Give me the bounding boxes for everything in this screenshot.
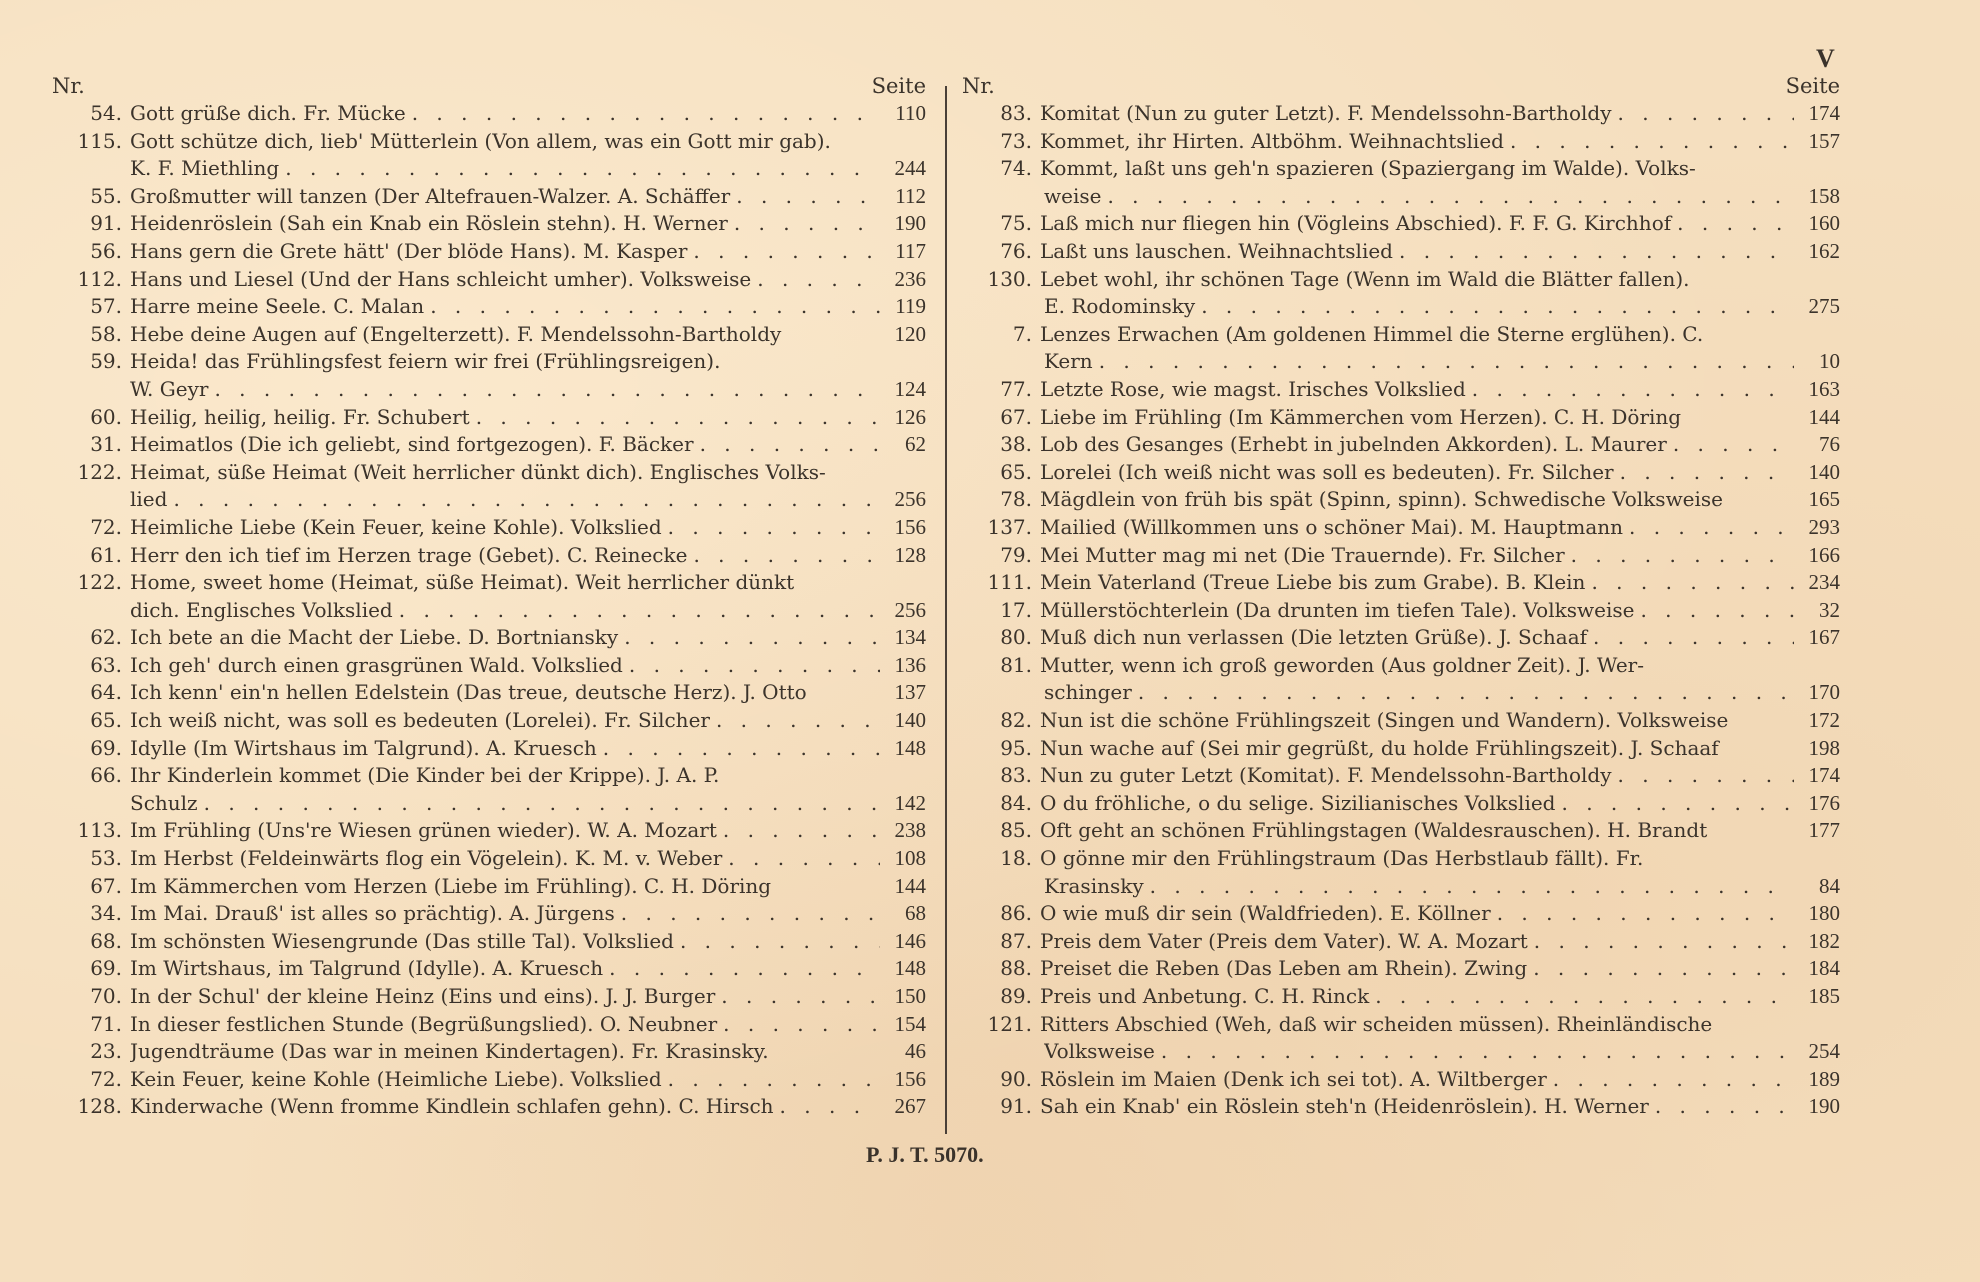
entry-page: 146 [880, 928, 926, 956]
column-divider [945, 86, 947, 1134]
index-entry: 80.Muß dich nun verlassen (Die letzten G… [962, 624, 1840, 652]
index-entry: 23.Jugendträume (Das war in meinen Kinde… [52, 1038, 926, 1066]
entry-page: 148 [880, 735, 926, 763]
entry-number: 61. [52, 542, 130, 570]
entry-title: Im Wirtshaus, im Talgrund (Idylle). A. K… [130, 955, 603, 983]
leader-dots [621, 900, 880, 928]
entry-title: Laßt uns lauschen. Weihnachtslied [1040, 238, 1393, 266]
entry-line: 73.Kommet, ihr Hirten. Altböhm. Weihnach… [962, 128, 1840, 156]
entry-title: Lebet wohl, ihr schönen Tage (Wenn im Wa… [1040, 266, 1689, 294]
leader-dots [723, 1011, 880, 1039]
index-entry: 75.Laß mich nur fliegen hin (Vögleins Ab… [962, 210, 1840, 238]
entry-page: 120 [880, 321, 926, 349]
index-entry: 89.Preis und Anbetung. C. H. Rinck185 [962, 983, 1840, 1011]
entry-title: Mein Vaterland (Treue Liebe bis zum Grab… [1040, 569, 1585, 597]
entry-line: 54.Gott grüße dich. Fr. Mücke110 [52, 100, 926, 128]
entry-line: 122.Home, sweet home (Heimat, süße Heima… [52, 569, 926, 597]
entry-line: 113.Im Frühling (Uns're Wiesen grünen wi… [52, 817, 926, 845]
entry-page: 158 [1794, 183, 1840, 211]
index-entry: 95.Nun wache auf (Sei mir gegrüßt, du ho… [962, 735, 1840, 763]
index-entry: 68.Im schönsten Wiesengrunde (Das stille… [52, 928, 926, 956]
entry-title: Gott grüße dich. Fr. Mücke [130, 100, 406, 128]
index-entry: 55.Großmutter will tanzen (Der Altefraue… [52, 183, 926, 211]
entry-page: 160 [1794, 210, 1840, 238]
index-entry: 74.Kommt, laßt uns geh'n spazieren (Spaz… [962, 155, 1840, 210]
leader-dots [285, 155, 880, 183]
entry-number: 31. [52, 431, 130, 459]
index-entry: 71.In dieser festlichen Stunde (Begrüßun… [52, 1011, 926, 1039]
leader-dots [430, 293, 880, 321]
entry-title: Lenzes Erwachen (Am goldenen Himmel die … [1040, 321, 1703, 349]
index-entry: 76.Laßt uns lauschen. Weihnachtslied162 [962, 238, 1840, 266]
entry-number: 17. [962, 597, 1040, 625]
entry-title: In dieser festlichen Stunde (Begrüßungsl… [130, 1011, 717, 1039]
entry-page: 136 [880, 652, 926, 680]
entry-number: 111. [962, 569, 1040, 597]
entry-line: 87.Preis dem Vater (Preis dem Vater). W.… [962, 928, 1840, 956]
entry-number: 90. [962, 1066, 1040, 1094]
entry-line: 77.Letzte Rose, wie magst. Irisches Volk… [962, 376, 1840, 404]
leader-dots [1150, 873, 1794, 901]
entry-page: 198 [1794, 735, 1840, 763]
entry-number: 69. [52, 735, 130, 763]
index-entry: 91.Sah ein Knab' ein Röslein steh'n (Hei… [962, 1093, 1840, 1121]
entry-line: 83.Komitat (Nun zu guter Letzt). F. Mend… [962, 100, 1840, 128]
entry-line: 63.Ich geh' durch einen grasgrünen Wald.… [52, 652, 926, 680]
header-nr: Nr. [52, 72, 85, 100]
entry-number: 72. [52, 514, 130, 542]
entry-number: 88. [962, 955, 1040, 983]
entry-page: 142 [880, 790, 926, 818]
leader-dots [1553, 1066, 1794, 1094]
index-entry: 65.Lorelei (Ich weiß nicht was soll es b… [962, 459, 1840, 487]
entry-line: 130.Lebet wohl, ihr schönen Tage (Wenn i… [962, 266, 1840, 294]
index-entry: 83.Nun zu guter Letzt (Komitat). F. Mend… [962, 762, 1840, 790]
leader-dots [1591, 569, 1794, 597]
entry-number: 74. [962, 155, 1040, 183]
entry-page: 32 [1794, 597, 1840, 625]
entry-title: Idylle (Im Wirtshaus im Talgrund). A. Kr… [130, 735, 597, 763]
entry-line: 62.Ich bete an die Macht der Liebe. D. B… [52, 624, 926, 652]
entry-title: Kein Feuer, keine Kohle (Heimliche Liebe… [130, 1066, 662, 1094]
index-entry: 113.Im Frühling (Uns're Wiesen grünen wi… [52, 817, 926, 845]
entry-title: Kommt, laßt uns geh'n spazieren (Spazier… [1040, 155, 1696, 183]
entry-number: 84. [962, 790, 1040, 818]
entry-title: Im Herbst (Feldeinwärts flog ein Vögelei… [130, 845, 722, 873]
index-entry: 58.Hebe deine Augen auf (Engelterzett). … [52, 321, 926, 349]
entry-number: 122. [52, 569, 130, 597]
index-entry: 64.Ich kenn' ein'n hellen Edelstein (Das… [52, 679, 926, 707]
entry-number: 34. [52, 900, 130, 928]
entry-title: Volksweise [1044, 1038, 1155, 1066]
entry-page: 62 [880, 431, 926, 459]
entry-line: 72.Kein Feuer, keine Kohle (Heimliche Li… [52, 1066, 926, 1094]
entry-page: 234 [1794, 569, 1840, 597]
entry-line: 84.O du fröhliche, o du selige. Sizilian… [962, 790, 1840, 818]
leader-dots [734, 210, 880, 238]
leader-dots [1161, 1038, 1794, 1066]
entry-line: K. F. Miethling244 [52, 155, 926, 183]
entry-number: 66. [52, 762, 130, 790]
entry-page: 76 [1794, 431, 1840, 459]
index-entry: 31.Heimatlos (Die ich geliebt, sind fort… [52, 431, 926, 459]
entry-title: Kommet, ihr Hirten. Altböhm. Weihnachtsl… [1040, 128, 1504, 156]
entry-number: 54. [52, 100, 130, 128]
entry-title: Muß dich nun verlassen (Die letzten Grüß… [1040, 624, 1587, 652]
entry-number: 87. [962, 928, 1040, 956]
index-entry: 81.Mutter, wenn ich groß geworden (Aus g… [962, 652, 1840, 707]
entry-title: Preis dem Vater (Preis dem Vater). W. A.… [1040, 928, 1528, 956]
entry-number: 80. [962, 624, 1040, 652]
index-entry: 72.Heimliche Liebe (Kein Feuer, keine Ko… [52, 514, 926, 542]
entry-number: 82. [962, 707, 1040, 735]
entry-title: Heilig, heilig, heilig. Fr. Schubert [130, 404, 470, 432]
index-entry: 121.Ritters Abschied (Weh, daß wir schei… [962, 1011, 1840, 1066]
entry-page: 177 [1794, 817, 1840, 845]
leader-dots [716, 707, 880, 735]
leader-dots [721, 983, 880, 1011]
leader-dots [1655, 1093, 1794, 1121]
entry-title: Home, sweet home (Heimat, süße Heimat). … [130, 569, 794, 597]
leader-dots [1099, 348, 1794, 376]
column-header: Nr. Seite [52, 72, 926, 100]
index-entry: 90.Röslein im Maien (Denk ich sei tot). … [962, 1066, 1840, 1094]
entry-title: Im Frühling (Uns're Wiesen grünen wieder… [130, 817, 717, 845]
index-entry: 69.Im Wirtshaus, im Talgrund (Idylle). A… [52, 955, 926, 983]
leader-dots [1677, 210, 1794, 238]
entry-number: 130. [962, 266, 1040, 294]
leader-dots [624, 624, 880, 652]
entry-page: 165 [1794, 486, 1840, 514]
entry-title: Laß mich nur fliegen hin (Vögleins Absch… [1040, 210, 1671, 238]
entry-number: 53. [52, 845, 130, 873]
leader-dots [603, 735, 880, 763]
entry-line: 7.Lenzes Erwachen (Am goldenen Himmel di… [962, 321, 1840, 349]
entry-title: Heida! das Frühlingsfest feiern wir frei… [130, 348, 720, 376]
entry-number: 70. [52, 983, 130, 1011]
entry-page: 256 [880, 597, 926, 625]
entry-line: 85.Oft geht an schönen Frühlingstagen (W… [962, 817, 1840, 845]
entry-line: 70.In der Schul' der kleine Heinz (Eins … [52, 983, 926, 1011]
entry-number: 7. [962, 321, 1040, 349]
entry-number: 79. [962, 542, 1040, 570]
page-number: V [1816, 44, 1835, 74]
entry-line: 91.Heidenröslein (Sah ein Knab ein Rösle… [52, 210, 926, 238]
entry-line: 67.Liebe im Frühling (Im Kämmerchen vom … [962, 404, 1840, 432]
entry-page: 275 [1794, 293, 1840, 321]
entry-title: Heidenröslein (Sah ein Knab ein Röslein … [130, 210, 728, 238]
entry-title: Im Mai. Drauß' ist alles so prächtig). A… [130, 900, 615, 928]
leader-dots [1640, 597, 1794, 625]
entry-page: 162 [1794, 238, 1840, 266]
leader-dots [1673, 431, 1794, 459]
leader-dots [693, 238, 880, 266]
entry-line: 95.Nun wache auf (Sei mir gegrüßt, du ho… [962, 735, 1840, 763]
entry-number: 38. [962, 431, 1040, 459]
entry-number: 137. [962, 514, 1040, 542]
entry-page: 140 [880, 707, 926, 735]
entry-line: 91.Sah ein Knab' ein Röslein steh'n (Hei… [962, 1093, 1840, 1121]
entry-page: 144 [1794, 404, 1840, 432]
index-entry: 34.Im Mai. Drauß' ist alles so prächtig)… [52, 900, 926, 928]
entry-page: 190 [1794, 1093, 1840, 1121]
entry-number: 91. [962, 1093, 1040, 1121]
entry-number: 113. [52, 817, 130, 845]
leader-dots [1533, 955, 1794, 983]
entry-number: 71. [52, 1011, 130, 1039]
entry-title: Preiset die Reben (Das Leben am Rhein). … [1040, 955, 1527, 983]
entry-title: Heimliche Liebe (Kein Feuer, keine Kohle… [130, 514, 662, 542]
entry-line: 76.Laßt uns lauschen. Weihnachtslied162 [962, 238, 1840, 266]
entry-title: O wie muß dir sein (Waldfrieden). E. Köl… [1040, 900, 1491, 928]
index-entry: 122.Heimat, süße Heimat (Weit herrlicher… [52, 459, 926, 514]
entry-line: 83.Nun zu guter Letzt (Komitat). F. Mend… [962, 762, 1840, 790]
leader-dots [700, 431, 880, 459]
entry-line: 111.Mein Vaterland (Treue Liebe bis zum … [962, 569, 1840, 597]
index-entry: 53.Im Herbst (Feldeinwärts flog ein Vöge… [52, 845, 926, 873]
entry-page: 124 [880, 376, 926, 404]
index-entry: 60.Heilig, heilig, heilig. Fr. Schubert1… [52, 404, 926, 432]
index-entry: 56.Hans gern die Grete hätt' (Der blöde … [52, 238, 926, 266]
entry-page: 167 [1794, 624, 1840, 652]
index-entry: 77.Letzte Rose, wie magst. Irisches Volk… [962, 376, 1840, 404]
index-entry: 18.O gönne mir den Frühlingstraum (Das H… [962, 845, 1840, 900]
entry-line: Schulz142 [52, 790, 926, 818]
entry-line: 82.Nun ist die schöne Frühlingszeit (Sin… [962, 707, 1840, 735]
entry-number: 112. [52, 266, 130, 294]
entry-page: 244 [880, 155, 926, 183]
entry-line: 55.Großmutter will tanzen (Der Altefraue… [52, 183, 926, 211]
entry-line: 60.Heilig, heilig, heilig. Fr. Schubert1… [52, 404, 926, 432]
leader-dots [609, 955, 880, 983]
entry-page: 140 [1794, 459, 1840, 487]
entry-title: E. Rodominsky [1044, 293, 1195, 321]
entry-page: 119 [880, 293, 926, 321]
entry-number: 69. [52, 955, 130, 983]
leader-dots [1571, 542, 1794, 570]
entry-title: Ihr Kinderlein kommet (Die Kinder bei de… [130, 762, 719, 790]
column-header: Nr. Seite [962, 72, 1840, 100]
entry-page: 10 [1794, 348, 1840, 376]
entry-line: Volksweise254 [962, 1038, 1840, 1066]
index-entry: 67.Im Kämmerchen vom Herzen (Liebe im Fr… [52, 873, 926, 901]
entry-title: Gott schütze dich, lieb' Mütterlein (Von… [130, 128, 831, 156]
entry-list: 54.Gott grüße dich. Fr. Mücke110115.Gott… [52, 100, 926, 1121]
entry-number: 89. [962, 983, 1040, 1011]
entry-number: 55. [52, 183, 130, 211]
entry-line: dich. Englisches Volkslied256 [52, 597, 926, 625]
index-entry: 130.Lebet wohl, ihr schönen Tage (Wenn i… [962, 266, 1840, 321]
index-entry: 84.O du fröhliche, o du selige. Sizilian… [962, 790, 1840, 818]
entry-page: 157 [1794, 128, 1840, 156]
entry-title: Harre meine Seele. C. Malan [130, 293, 424, 321]
entry-page: 163 [1794, 376, 1840, 404]
entry-title: Ich geh' durch einen grasgrünen Wald. Vo… [130, 652, 623, 680]
leader-dots [723, 817, 880, 845]
entry-line: 58.Hebe deine Augen auf (Engelterzett). … [52, 321, 926, 349]
index-entry: 73.Kommet, ihr Hirten. Altböhm. Weihnach… [962, 128, 1840, 156]
entry-title: Liebe im Frühling (Im Kämmerchen vom Her… [1040, 404, 1681, 432]
entry-number: 83. [962, 762, 1040, 790]
entry-page: 236 [880, 266, 926, 294]
entry-title: Mailied (Willkommen uns o schöner Mai). … [1040, 514, 1623, 542]
entry-line: 61.Herr den ich tief im Herzen trage (Ge… [52, 542, 926, 570]
entry-number: 64. [52, 679, 130, 707]
entry-number: 67. [962, 404, 1040, 432]
index-entry: 59.Heida! das Frühlingsfest feiern wir f… [52, 348, 926, 403]
entry-line: 67.Im Kämmerchen vom Herzen (Liebe im Fr… [52, 873, 926, 901]
entry-title: Röslein im Maien (Denk ich sei tot). A. … [1040, 1066, 1547, 1094]
entry-page: 185 [1794, 983, 1840, 1011]
entry-number: 56. [52, 238, 130, 266]
entry-line: 79.Mei Mutter mag mi net (Die Trauernde)… [962, 542, 1840, 570]
entry-line: lied256 [52, 486, 926, 514]
entry-line: 38.Lob des Gesanges (Erhebt in jubelnden… [962, 431, 1840, 459]
entry-line: 75.Laß mich nur fliegen hin (Vögleins Ab… [962, 210, 1840, 238]
entry-line: 53.Im Herbst (Feldeinwärts flog ein Vöge… [52, 845, 926, 873]
entry-line: 69.Im Wirtshaus, im Talgrund (Idylle). A… [52, 955, 926, 983]
entry-title: Ich kenn' ein'n hellen Edelstein (Das tr… [130, 679, 807, 707]
index-entry: 17.Müllerstöchterlein (Da drunten im tie… [962, 597, 1840, 625]
index-entry: 72.Kein Feuer, keine Kohle (Heimliche Li… [52, 1066, 926, 1094]
leader-dots [668, 514, 880, 542]
entry-page: 190 [880, 210, 926, 238]
entry-line: 17.Müllerstöchterlein (Da drunten im tie… [962, 597, 1840, 625]
entry-line: 137.Mailied (Willkommen uns o schöner Ma… [962, 514, 1840, 542]
index-entry: 87.Preis dem Vater (Preis dem Vater). W.… [962, 928, 1840, 956]
leader-dots [629, 652, 880, 680]
entry-title: Jugendträume (Das war in meinen Kinderta… [130, 1038, 769, 1066]
entry-line: 57.Harre meine Seele. C. Malan119 [52, 293, 926, 321]
entry-title: Preis und Anbetung. C. H. Rinck [1040, 983, 1369, 1011]
entry-number: 58. [52, 321, 130, 349]
entry-title: Im Kämmerchen vom Herzen (Liebe im Frühl… [130, 873, 771, 901]
entry-title: dich. Englisches Volkslied [130, 597, 393, 625]
entry-page: 256 [880, 486, 926, 514]
leader-dots [1618, 100, 1794, 128]
entry-title: Mutter, wenn ich groß geworden (Aus gold… [1040, 652, 1644, 680]
leader-dots [1472, 376, 1794, 404]
entry-page: 176 [1794, 790, 1840, 818]
entry-page: 117 [880, 238, 926, 266]
entry-number: 128. [52, 1093, 130, 1121]
entry-line: 69.Idylle (Im Wirtshaus im Talgrund). A.… [52, 735, 926, 763]
entry-line: 112.Hans und Liesel (Und der Hans schlei… [52, 266, 926, 294]
index-entry: 57.Harre meine Seele. C. Malan119 [52, 293, 926, 321]
leader-dots [476, 404, 880, 432]
entry-number: 77. [962, 376, 1040, 404]
index-entry: 70.In der Schul' der kleine Heinz (Eins … [52, 983, 926, 1011]
entry-number: 81. [962, 652, 1040, 680]
entry-page: 150 [880, 983, 926, 1011]
entry-page: 156 [880, 514, 926, 542]
entry-title: Letzte Rose, wie magst. Irisches Volksli… [1040, 376, 1466, 404]
entry-number: 65. [52, 707, 130, 735]
entry-page: 156 [880, 1066, 926, 1094]
entry-line: 64.Ich kenn' ein'n hellen Edelstein (Das… [52, 679, 926, 707]
leader-dots [173, 486, 880, 514]
entry-title: Krasinsky [1044, 873, 1144, 901]
entry-title: In der Schul' der kleine Heinz (Eins und… [130, 983, 715, 1011]
entry-page: 238 [880, 817, 926, 845]
entry-page: 189 [1794, 1066, 1840, 1094]
entry-page: 110 [880, 100, 926, 128]
entry-title: Ich bete an die Macht der Liebe. D. Bort… [130, 624, 618, 652]
entry-line: Krasinsky84 [962, 873, 1840, 901]
entry-page: 174 [1794, 762, 1840, 790]
entry-number: 75. [962, 210, 1040, 238]
entry-title: lied [130, 486, 167, 514]
entry-line: 65.Lorelei (Ich weiß nicht was soll es b… [962, 459, 1840, 487]
entry-title: Großmutter will tanzen (Der Altefrauen-W… [130, 183, 730, 211]
leader-dots [412, 100, 880, 128]
index-entry: 62.Ich bete an die Macht der Liebe. D. B… [52, 624, 926, 652]
entry-title: Lorelei (Ich weiß nicht was soll es bede… [1040, 459, 1614, 487]
index-entry: 112.Hans und Liesel (Und der Hans schlei… [52, 266, 926, 294]
entry-title: Hans und Liesel (Und der Hans schleicht … [130, 266, 751, 294]
entry-line: 128.Kinderwache (Wenn fromme Kindlein sc… [52, 1093, 926, 1121]
leader-dots [1534, 928, 1794, 956]
entry-line: 72.Heimliche Liebe (Kein Feuer, keine Ko… [52, 514, 926, 542]
entry-number: 62. [52, 624, 130, 652]
entry-number: 83. [962, 100, 1040, 128]
entry-title: Herr den ich tief im Herzen trage (Gebet… [130, 542, 687, 570]
entry-title: Hans gern die Grete hätt' (Der blöde Han… [130, 238, 687, 266]
entry-number: 91. [52, 210, 130, 238]
entry-title: Müllerstöchterlein (Da drunten im tiefen… [1040, 597, 1634, 625]
leader-dots [1201, 293, 1794, 321]
entry-list: 83.Komitat (Nun zu guter Letzt). F. Mend… [962, 100, 1840, 1121]
entry-title: Komitat (Nun zu guter Letzt). F. Mendels… [1040, 100, 1612, 128]
entry-number: 85. [962, 817, 1040, 845]
entry-title: O du fröhliche, o du selige. Sizilianisc… [1040, 790, 1555, 818]
entry-title: weise [1044, 183, 1101, 211]
index-entry: 78.Mägdlein von früh bis spät (Spinn, sp… [962, 486, 1840, 514]
entry-page: 293 [1794, 514, 1840, 542]
header-seite: Seite [872, 72, 926, 100]
entry-number: 57. [52, 293, 130, 321]
index-entry: 85.Oft geht an schönen Frühlingstagen (W… [962, 817, 1840, 845]
entry-page: 267 [880, 1093, 926, 1121]
entry-number: 65. [962, 459, 1040, 487]
entry-page: 112 [880, 183, 926, 211]
entry-line: 74.Kommt, laßt uns geh'n spazieren (Spaz… [962, 155, 1840, 183]
leader-dots [1620, 459, 1794, 487]
entry-title: Im schönsten Wiesengrunde (Das stille Ta… [130, 928, 674, 956]
entry-title: Lob des Gesanges (Erhebt in jubelnden Ak… [1040, 431, 1667, 459]
entry-number: 67. [52, 873, 130, 901]
entry-page: 148 [880, 955, 926, 983]
leader-dots [1138, 679, 1794, 707]
entry-number: 78. [962, 486, 1040, 514]
entry-line: E. Rodominsky275 [962, 293, 1840, 321]
leader-dots [1629, 514, 1794, 542]
entry-page: 154 [880, 1011, 926, 1039]
entry-line: 90.Röslein im Maien (Denk ich sei tot). … [962, 1066, 1840, 1094]
entry-number: 121. [962, 1011, 1040, 1039]
entry-title: Schulz [130, 790, 198, 818]
leader-dots [399, 597, 880, 625]
entry-number: 23. [52, 1038, 130, 1066]
index-entry: 65.Ich weiß nicht, was soll es bedeuten … [52, 707, 926, 735]
leader-dots [736, 183, 880, 211]
entry-title: Ich weiß nicht, was soll es bedeuten (Lo… [130, 707, 710, 735]
index-entry: 86.O wie muß dir sein (Waldfrieden). E. … [962, 900, 1840, 928]
entry-line: W. Geyr124 [52, 376, 926, 404]
entry-number: 86. [962, 900, 1040, 928]
entry-title: Kern [1044, 348, 1093, 376]
leader-dots [693, 542, 880, 570]
